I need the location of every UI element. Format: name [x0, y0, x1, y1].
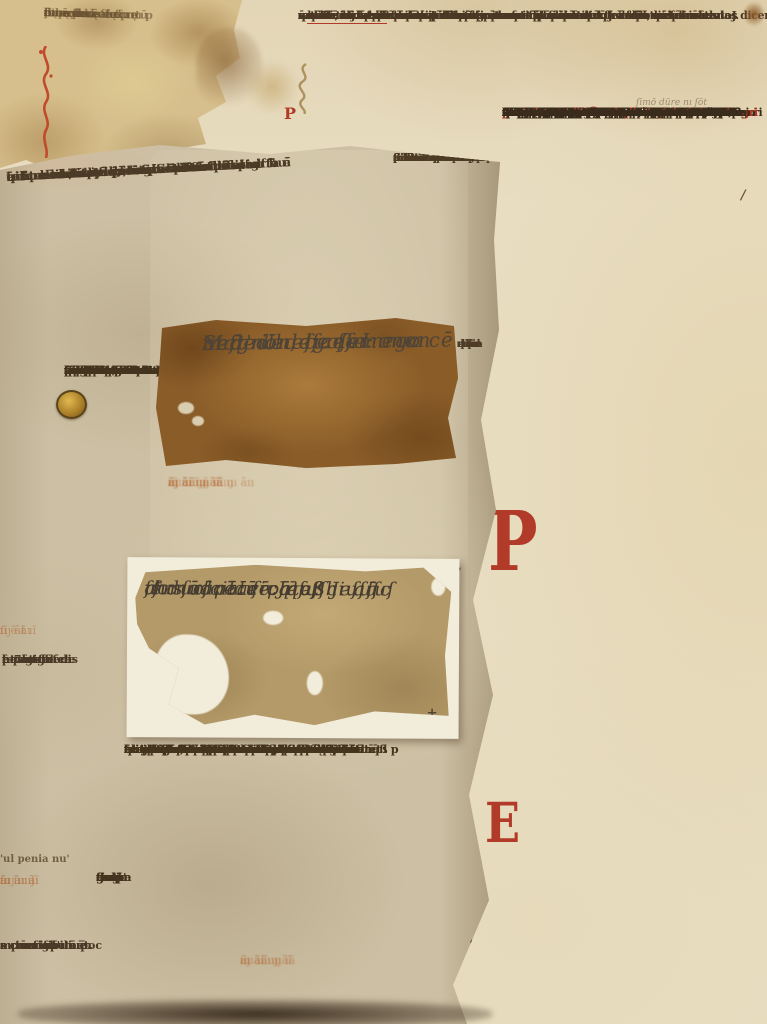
- parchment-chip: [178, 402, 194, 414]
- text-line: ſcr ut poſſunt.: [124, 740, 211, 759]
- marginal-annotation: 'ul penia nu': [0, 854, 70, 865]
- text-line: 7 qui emit. dominū eius uolens ſe q; emi…: [502, 104, 741, 121]
- tear-hole: [307, 671, 323, 695]
- text-segment: ãı ĩı ııȷ: [0, 874, 35, 887]
- erased-line: ıĩ ē ãı: [0, 624, 31, 637]
- erased-line: ãĩ ııı ıȷã: [168, 474, 209, 491]
- erased-line: ıĩı ããı ıȷ: [240, 952, 281, 969]
- text-line: ur: [96, 868, 110, 887]
- text-line: nt artıſoēc: [2, 650, 67, 670]
- dark-strip-fragment: Sed nōn dıceſe: ego cēm q̄ed ıdeſan- Inm…: [156, 318, 458, 468]
- right-text-column: noıem accipe inuenire non poſſum. S; cūu…: [502, 104, 765, 1014]
- text-line: autem opetaēt.: [0, 936, 93, 956]
- mount-card: rħduo pāter Jeſuſcı aāuomōdo cū pāter Je…: [127, 557, 460, 739]
- cross-mark: +: [427, 706, 438, 721]
- text-segment: ıĩı ããı ıȷ: [240, 954, 281, 967]
- tear-hole: [431, 578, 445, 596]
- erased-line: ãı ĩı ııȷ: [0, 874, 35, 888]
- text-segment: ãĩ ııı ıȷã: [168, 476, 209, 489]
- text-line: ſqn qſi: [64, 362, 105, 380]
- edge-fragment: mbo: [457, 336, 482, 353]
- manuscript-photo: ratōne. di.i. qſiecūdo. q. di. xxi. mecn…: [0, 0, 767, 1024]
- red-initial-petrus: P: [488, 500, 538, 583]
- line-end-mark: /: [741, 150, 745, 242]
- mounted-fragment: rħduo pāter Jeſuſcı aāuomōdo cū pāter Je…: [135, 564, 452, 730]
- cursive-line: Magnæ eſgoſeı: [202, 324, 368, 361]
- red-initial-eos: E: [485, 795, 520, 850]
- red-pen-flourish: [36, 46, 56, 158]
- faded-text-line: eım. ın: [44, 4, 86, 22]
- tear-hole: [263, 611, 283, 625]
- text-segment: ıĩ ē ãı: [0, 624, 31, 637]
- red-initial-p-small: P: [284, 104, 296, 123]
- cursive-line: ær ſuſcitārē. q̄oß: [144, 570, 325, 609]
- parchment-chip: [192, 416, 204, 426]
- upper-text-line: rtus. dampnātuſ. ſatis. diſ. C.: [298, 8, 475, 24]
- gilded-initial-roundel: [56, 390, 87, 419]
- tear-hole: [155, 634, 229, 714]
